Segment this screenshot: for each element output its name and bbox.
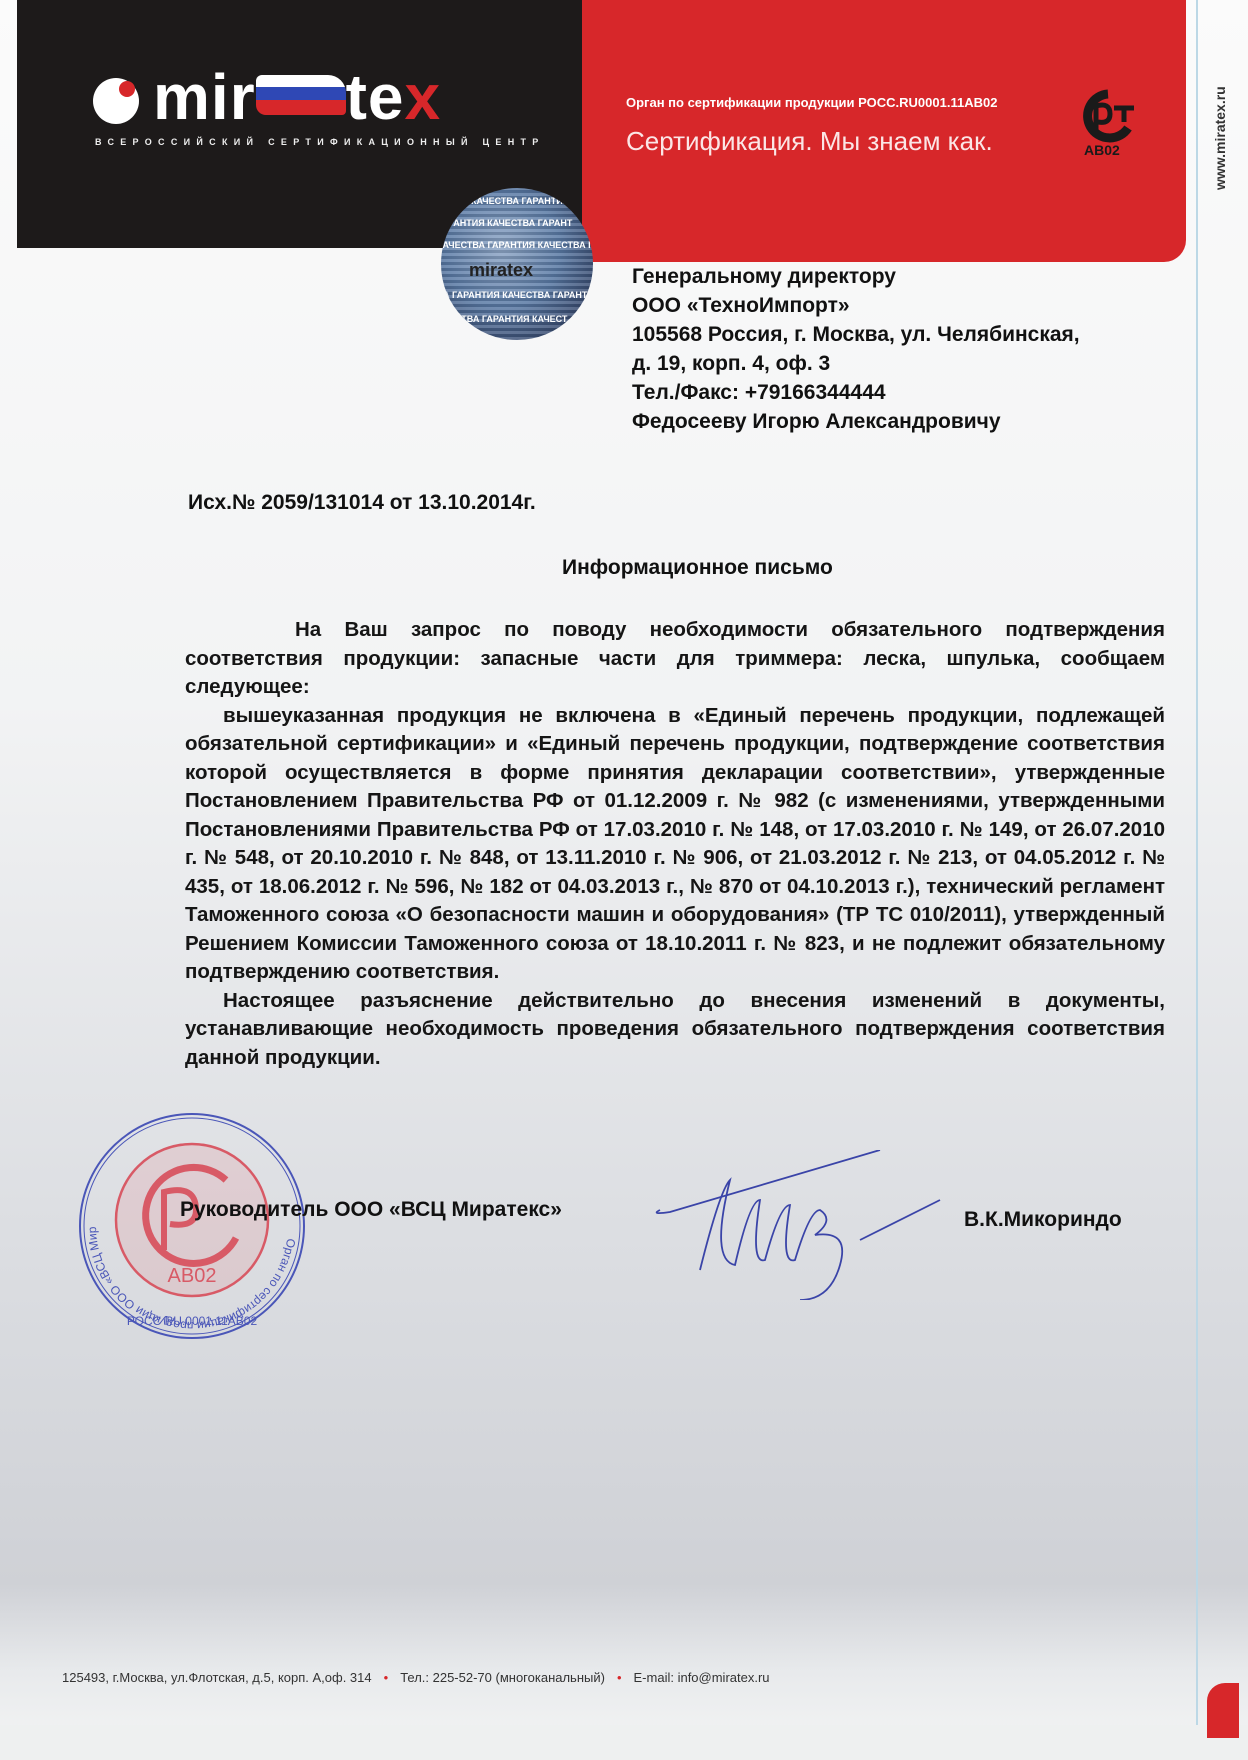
handwritten-signature <box>640 1150 990 1300</box>
footer-separator-icon: • <box>617 1670 622 1685</box>
signatory-name: В.К.Микориндо <box>964 1208 1122 1232</box>
official-stamp: Орган по сертификации продукции ООО «ВСЦ… <box>76 1110 308 1342</box>
certification-body-label: Орган по сертификации продукции РОСС.RU0… <box>626 95 997 110</box>
recipient-line: 105568 Россия, г. Москва, ул. Челябинска… <box>632 320 1080 349</box>
hologram-sticker: КАЧЕСТВА ГАРАНТИЯ ГАРАНТИЯ КАЧЕСТВА ГАРА… <box>441 188 593 340</box>
svg-text:АВ02: АВ02 <box>168 1265 217 1287</box>
outgoing-reference: Исх.№ 2059/131014 от 13.10.2014г. <box>188 491 536 515</box>
letter-body: На Ваш запрос по поводу необходимости об… <box>185 616 1165 1072</box>
logo-subtitle: ВСЕРОССИЙСКИЙ СЕРТИФИКАЦИОННЫЙ ЦЕНТР <box>95 137 545 147</box>
recipient-line: Генеральному директору <box>632 262 1080 291</box>
signatory-role: Руководитель ООО «ВСЦ Миратекс» <box>180 1198 562 1222</box>
recipient-line: ООО «ТехноИмпорт» <box>632 291 1080 320</box>
footer-email: E-mail: info@miratex.ru <box>634 1670 770 1685</box>
recipient-line: Федосееву Игорю Александровичу <box>632 407 1080 436</box>
footer-band <box>0 1725 1248 1760</box>
footer-contacts: 125493, г.Москва, ул.Флотская, д.5, корп… <box>62 1670 770 1685</box>
letter-paragraph: Настоящее разъяснение действительно до в… <box>185 987 1165 1073</box>
recipient-line: Тел./Факс: +79166344444 <box>632 378 1080 407</box>
side-decoration-line <box>1196 0 1198 1760</box>
letter-paragraph: На Ваш запрос по поводу необходимости об… <box>185 616 1165 702</box>
letter-title: Информационное письмо <box>562 556 833 580</box>
footer-phone: Тел.: 225-52-70 (многоканальный) <box>400 1670 605 1685</box>
svg-text:РОСС RU.0001.11АВ02: РОСС RU.0001.11АВ02 <box>127 1314 258 1328</box>
slogan: Сертификация. Мы знаем как. <box>626 126 993 157</box>
recipient-line: д. 19, корп. 4, оф. 3 <box>632 349 1080 378</box>
logo-wordmark: mirtex <box>153 60 441 134</box>
letter-paragraph: вышеуказанная продукция не включена в «Е… <box>185 702 1165 987</box>
recipient-block: Генеральному директору ООО «ТехноИмпорт»… <box>632 262 1080 436</box>
russia-map-icon <box>256 75 346 115</box>
side-website-url: www.miratex.ru <box>1212 86 1228 190</box>
footer-separator-icon: • <box>384 1670 389 1685</box>
footer-red-accent <box>1207 1683 1239 1738</box>
rst-code-label: АВ02 <box>1084 142 1120 158</box>
logo-circle-icon <box>93 78 139 124</box>
footer-address: 125493, г.Москва, ул.Флотская, д.5, корп… <box>62 1670 372 1685</box>
